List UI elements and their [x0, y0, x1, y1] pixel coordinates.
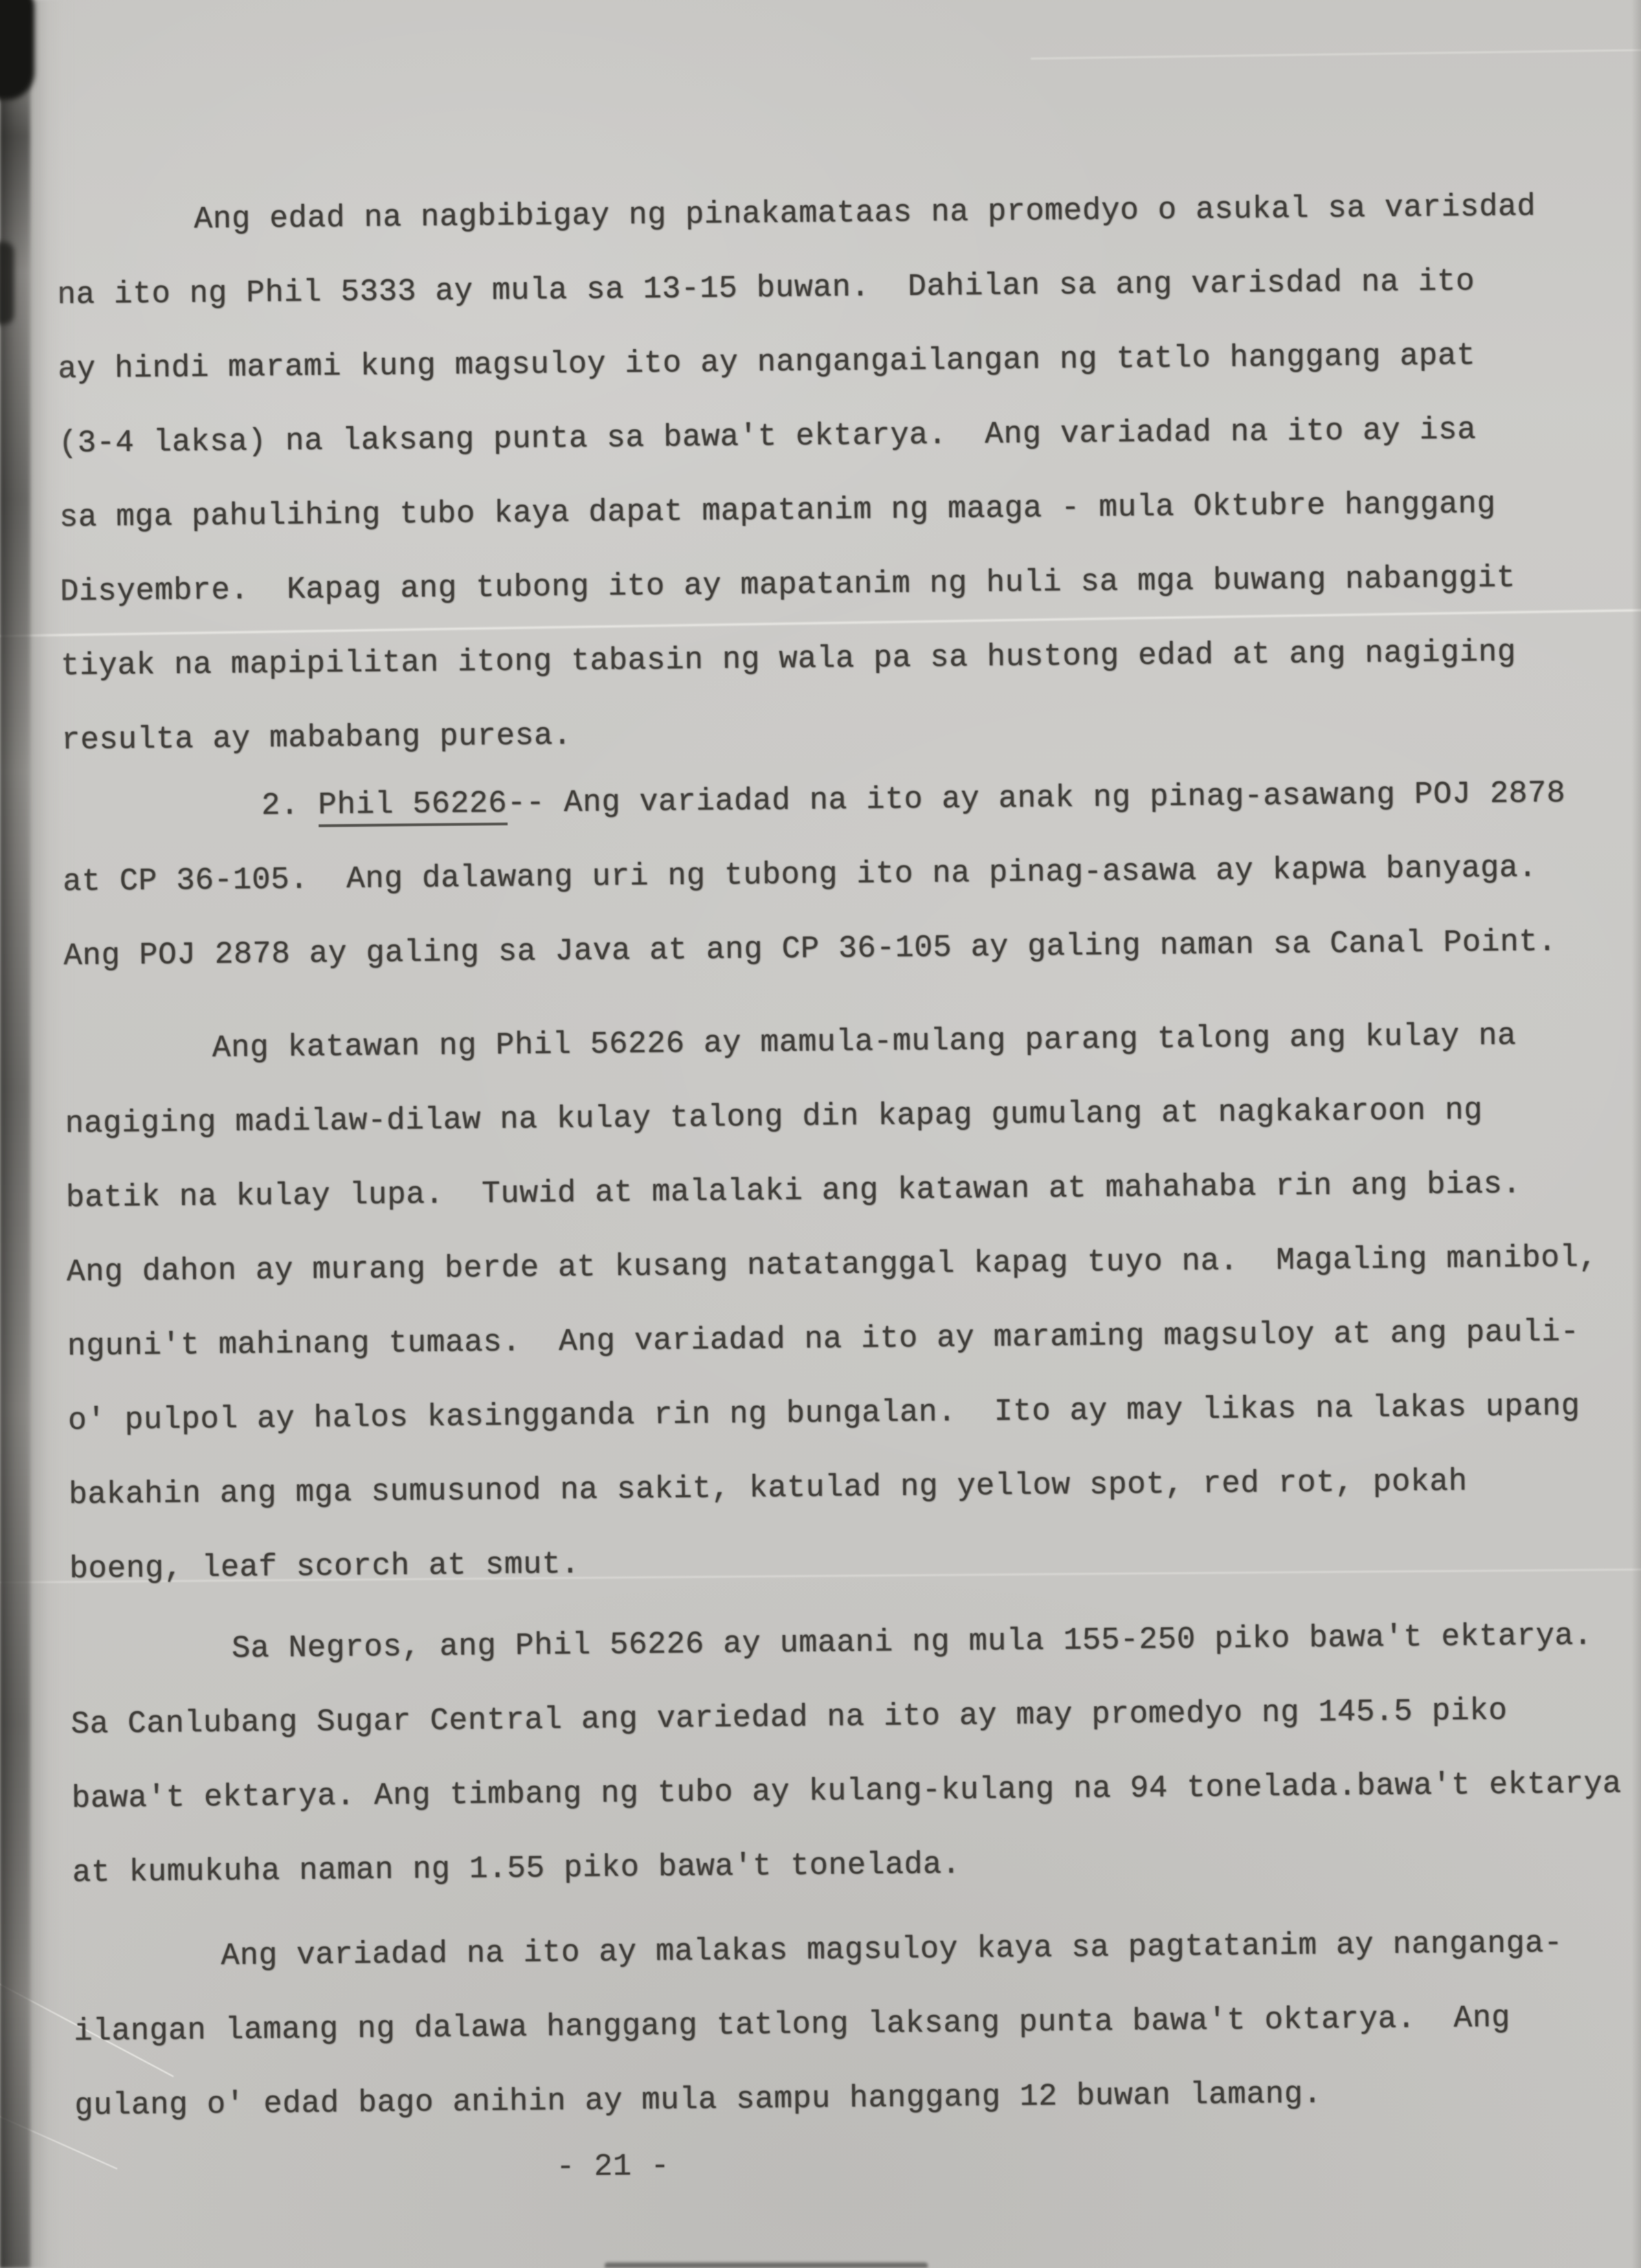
text-line: Ang POJ 2878 ay galing sa Java at ang CP… — [63, 924, 1641, 1013]
right-edge-shade — [1631, 0, 1641, 2268]
bottom-edge-mark — [605, 2263, 928, 2268]
text-segment: Ang variadad na ito ay malakas magsuloy … — [221, 1926, 1563, 1974]
scanned-document: { "document": { "language": "Tagalog", "… — [0, 0, 1641, 2268]
paragraph: Ang edad na nagbibigay ng pinakamataas n… — [56, 188, 1641, 797]
text-line: at kumukuha naman ng 1.55 piko bawa't to… — [72, 1841, 1641, 1930]
text-segment: resulta ay mababang puresa. — [61, 718, 572, 758]
scan-edge-mark — [0, 242, 14, 324]
text-segment: Ang edad na nagbibigay ng pinakamataas n… — [194, 189, 1536, 237]
paragraph: Ang katawan ng Phil 56226 ay mamula-mula… — [65, 1017, 1641, 1626]
binding-shadow-variation — [0, 0, 30, 2268]
text-segment: Sa Negros, ang Phil 56226 ay umaani ng m… — [232, 1619, 1593, 1667]
text-block: Ang edad na nagbibigay ng pinakamataas n… — [0, 0, 1641, 2190]
text-segment: 2. — [261, 788, 318, 823]
paragraph: Sa Negros, ang Phil 56226 ay umaani ng m… — [70, 1618, 1641, 1930]
scan-corner-mark — [0, 0, 34, 100]
underlined-text: Phil 56226 — [318, 786, 508, 827]
text-segment: Ang katawan ng Phil 56226 ay mamula-mula… — [212, 1019, 1517, 1066]
text-segment: boeng, leaf scorch at smut. — [69, 1547, 580, 1587]
paragraph: Ang variadad na ito ay malakas magsuloy … — [73, 1925, 1641, 2163]
paragraph: 2. Phil 56226-- Ang variadad na ito ay a… — [62, 775, 1641, 1013]
text-line: boeng, leaf scorch at smut. — [69, 1537, 1641, 1626]
